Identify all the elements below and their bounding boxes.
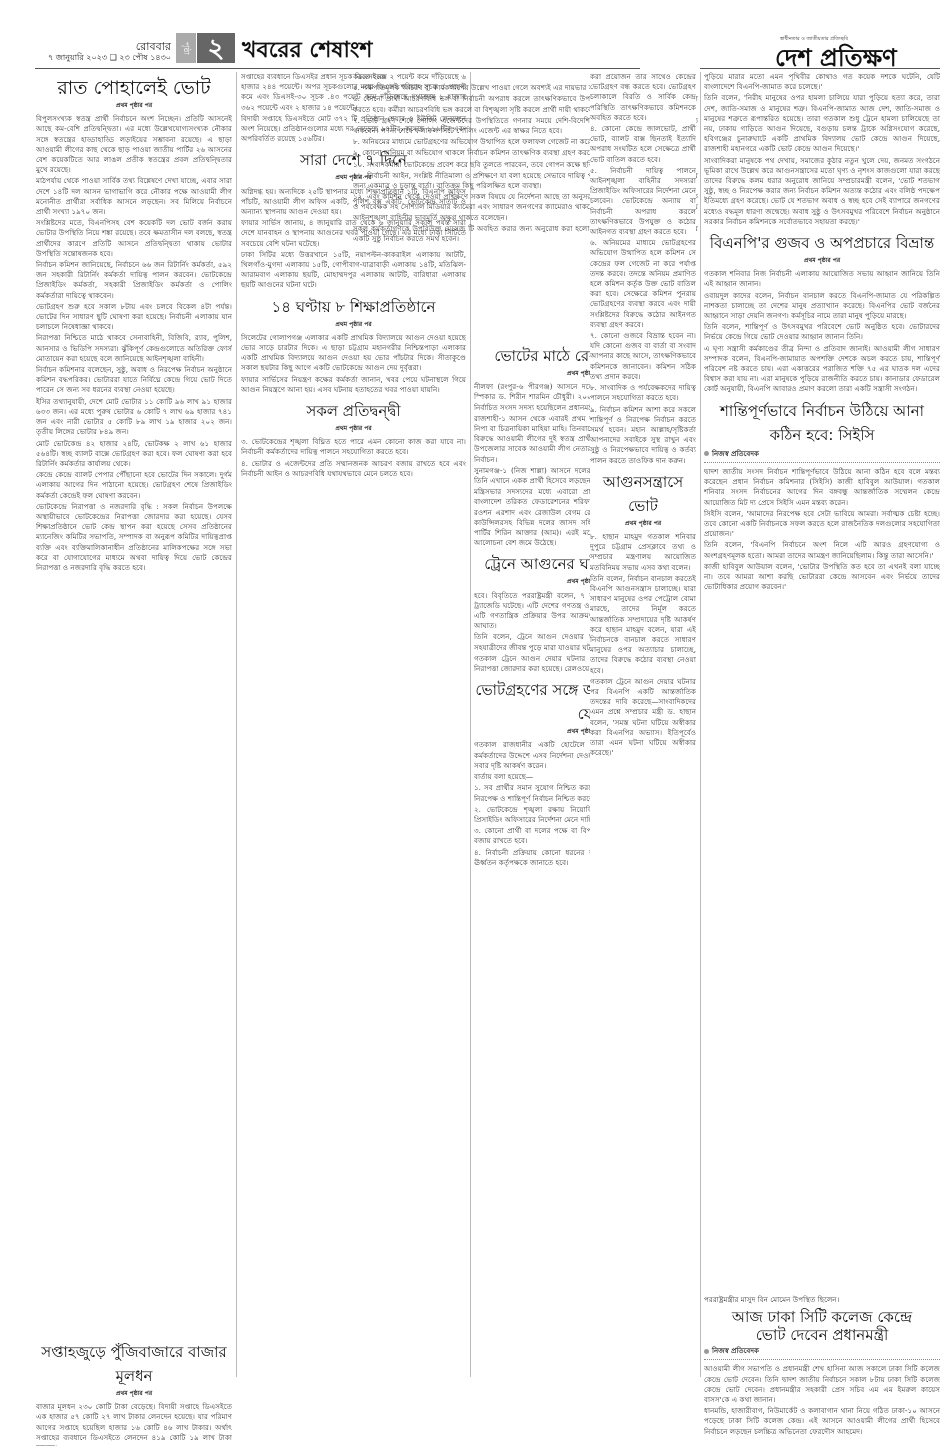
paragraph: ৩. ভোটকেন্দ্রের শৃঙ্খলা বিঘ্নিত হতে পারে… <box>241 437 466 457</box>
continued-label: প্রথম পৃষ্ঠার পর <box>36 101 232 111</box>
continued-label: প্রথম পৃষ্ঠার পর <box>704 256 940 266</box>
paragraph: এ ঘৃণ্য সন্ত্রাসী কর্মকাণ্ডের তীব্র নিন্… <box>704 344 940 395</box>
paragraph: ৯. নির্বাচন কমিশন আশা করে সকলে শান্তিপূর… <box>590 405 696 466</box>
paragraph: নির্বাচন কমিশনার বলেছেন, সুষ্ঠু, অবাধ ও … <box>36 365 232 396</box>
section-title: খবরের শেষাংশ <box>242 33 372 70</box>
headline: আগুনসন্ত্রাসে ভোট <box>590 470 696 518</box>
paragraph: আওয়ামী লীগ সভাপতি ও প্রধানমন্ত্রী শেখ হ… <box>704 1364 940 1405</box>
paragraph: ভোটকেন্দ্রে নিরাপত্তা ও নজরদারি বৃদ্ধি :… <box>36 502 232 573</box>
paragraph: ৬. অনিয়মের মাধ্যমে ভোটগ্রহণের অভিযোগ উত… <box>590 238 696 330</box>
paragraph: পররাষ্ট্রমন্ত্রীর মাসুদ বিন মোমেন উপস্থি… <box>704 1295 940 1305</box>
byline-text: নিজস্ব প্রতিবেদক <box>712 1347 759 1355</box>
article-share-market: সপ্তাহজুড়ে পুঁজিবাজারে বাজার মূলধন প্রথ… <box>36 1336 232 1446</box>
headline: রাত পোহালেই ভোট <box>36 76 232 100</box>
masthead: রোববার ৭ জানুয়ারি ২০২৩ ❑ ২৩ পৌষ ১৪৩০ পৃ… <box>0 0 945 60</box>
paragraph: বাজার মূলধন ২৩০ কোটি টাকা বেড়েছে। বিদায… <box>36 1402 232 1446</box>
paragraph: ৪. ভোটার ও এজেন্টদের প্রতি সম্মানজনক আচর… <box>241 459 466 479</box>
paragraph: গতকাল ট্রেনে আগুন দেয়ার ঘটনার পর বিএনপি… <box>590 677 696 759</box>
byline: নিজস্ব প্রতিবেদক <box>704 1346 940 1356</box>
article-all-candidates: সকল প্রতিদ্বন্দ্বী প্রথম পৃষ্ঠার পর ৩. ভ… <box>241 399 466 479</box>
paragraph: ইসির তথ্যানুযায়ী, দেশে মোট ভোটার ১১ কোট… <box>36 397 232 438</box>
dotted-divider <box>704 462 940 463</box>
paragraph: তিনি বলেন, শান্তিপূর্ণ ও উৎসবমুখর পরিবেশ… <box>704 322 940 342</box>
article-pm-vote: পররাষ্ট্রমন্ত্রীর মাসুদ বিন মোমেন উপস্থি… <box>704 1295 940 1445</box>
paragraph: সংশ্লিষ্টদের মতে, বিএনপিসহ বেশ কয়েকটি দ… <box>36 218 232 259</box>
paragraph: তিনি বলেন, 'বিএনপি নির্বাচনে অংশ নিলে এট… <box>704 540 940 560</box>
headline-line-1: আজ ঢাকা সিটি কলেজ কেন্দ্রে <box>704 1308 940 1326</box>
paragraph: ৮. হাছান মাহমুদ গতকাল শনিবার দুপুরে চট্ট… <box>590 532 696 573</box>
headline: সকল প্রতিদ্বন্দ্বী <box>241 399 466 423</box>
column-5: পুড়িয়ে মারার মতো এমন পৃথিবীর কোথাও গত … <box>704 72 940 1447</box>
header-rule-right <box>700 68 940 69</box>
paragraph: ৮. সাংবাদিক ও পর্যবেক্ষকদের দায়িত্ব পাল… <box>590 383 696 403</box>
article-pm-statement: পুড়িয়ে মারার মতো এমন পৃথিবীর কোথাও গত … <box>704 72 940 227</box>
article-arson-vote: আগুনসন্ত্রাসে ভোট প্রথম পৃষ্ঠার পর ৮. হা… <box>590 470 696 759</box>
date-line: ৭ জানুয়ারি ২০২৩ ❑ ২৩ পৌষ ১৪৩০ <box>40 52 171 65</box>
bullet-icon <box>704 451 709 456</box>
paragraph: তিনি বলেন, 'নিরীহ মানুষের ওপর হামলা চালি… <box>704 93 940 154</box>
paragraph: ৭. কোনো গুজবে বিভ্রান্ত হবেন না। যদি কোন… <box>590 331 696 382</box>
byline-text: নিজস্ব প্রতিবেদক <box>712 450 759 458</box>
paragraph: ওবায়দুল কাদের বলেন, নির্বাচন বানচাল করত… <box>704 291 940 322</box>
continued-label: প্রথম পৃষ্ঠার পর <box>241 424 466 434</box>
byline: নিজস্ব প্রতিবেদক <box>704 449 940 459</box>
paragraph: মোট ভোটকেন্দ্র ৪২ হাজার ২৪টি, ভোটকক্ষ ২ … <box>36 439 232 470</box>
paragraph: ধানমন্ডি, হাজারীবাগ, নিউমার্কেট ও কলাবাগ… <box>704 1406 940 1437</box>
paragraph: বিপুলসংখ্যক স্বতন্ত্র প্রার্থী নির্বাচনে… <box>36 114 232 175</box>
paragraph: করা প্রয়োজন তার সাথেও কেন্দ্রের ভোটগ্রহ… <box>590 72 696 123</box>
paragraph: ৪. কোনো কেন্দ্রে জালভোট, প্রার্থী ভোট, ব… <box>590 124 696 165</box>
page-number: ২ <box>197 33 235 63</box>
paragraph: ৫. নির্বাচনী দায়িত্ব পালনে আইনশৃঙ্খলা ব… <box>590 166 696 237</box>
column-1: রাত পোহালেই ভোট প্রথম পৃষ্ঠার পর বিপুলসং… <box>36 72 232 1447</box>
bullet-icon <box>704 1349 709 1354</box>
article-bnp-rumor: বিএনপি'র গুজব ও অপপ্রচারে বিভ্রান্ত প্রথ… <box>704 231 940 395</box>
article-cec-statement: শান্তিপূর্ণভাবে নির্বাচন উঠিয়ে আনা কঠিন… <box>704 399 940 593</box>
page-label: পৃষ্ঠা <box>176 33 196 63</box>
paragraph: নিরাপত্তা নিশ্চিতে মাঠে থাকবে সেনাবাহিনী… <box>36 333 232 364</box>
paragraph: তিনি বলেন, নির্বাচন বানচাল করতেই বিএনপি … <box>590 574 696 676</box>
paragraph: নির্বাচন কমিশন জানিয়েছে, নির্বাচনে ৬৬ জ… <box>36 260 232 301</box>
paragraph: কেন্দ্রে কেন্দ্রে ব্যালট পেপার পৌঁছানো হ… <box>36 470 232 501</box>
dotted-divider <box>704 1359 940 1360</box>
header-rule <box>35 68 640 69</box>
headline: বিএনপি'র গুজব ও অপপ্রচারে বিভ্রান্ত <box>704 231 940 255</box>
paragraph: দ্বাদশ জাতীয় সংসদ নির্বাচন শান্তিপূর্ণভ… <box>704 467 940 508</box>
article-vote-tomorrow: রাত পোহালেই ভোট প্রথম পৃষ্ঠার পর বিপুলসং… <box>36 76 232 573</box>
article-ec-instructions: করা প্রয়োজন তার সাথেও কেন্দ্রের ভোটগ্রহ… <box>590 72 696 466</box>
paragraph: মাঠপর্যায় থেকে পাওয়া সার্বিক তথ্য বিশ্… <box>36 176 232 217</box>
paragraph: সিইসি বলেন, 'আমাদের নিরপেক্ষ হবে সেটা ভা… <box>704 509 940 540</box>
paragraph: কাজী হাবিবুল আউয়াল বলেন, 'ভোটার উপস্থিত… <box>704 562 940 593</box>
headline: সপ্তাহজুড়ে পুঁজিবাজারে বাজার মূলধন <box>36 1340 232 1388</box>
paragraph: ভোটগ্রহণ শুরু হবে সকাল ৮টায় এবং চলবে বি… <box>36 302 232 333</box>
paragraph: গতকাল শনিবার নিজ নির্বাচনী এলাকায় আয়োজ… <box>704 269 940 289</box>
continued-label: প্রথম পৃষ্ঠার পর <box>36 1389 232 1399</box>
paragraph: পুড়িয়ে মারার মতো এমন পৃথিবীর কোথাও গত … <box>704 72 940 92</box>
headline: শান্তিপূর্ণভাবে নির্বাচন উঠিয়ে আনা কঠিন… <box>704 399 940 447</box>
continued-label: প্রথম পৃষ্ঠার পর <box>590 519 696 529</box>
paragraph: সাংবাদিকরা মানুষকে পথ দেখায়, সমাজের কুঠ… <box>704 156 940 227</box>
column-4: করা প্রয়োজন তার সাথেও কেন্দ্রের ভোটগ্রহ… <box>590 72 696 1377</box>
column-divider <box>700 72 701 1377</box>
column-divider <box>236 72 237 1377</box>
headline-line-2: ভোট দেবেন প্রধানমন্ত্রী <box>704 1326 940 1344</box>
